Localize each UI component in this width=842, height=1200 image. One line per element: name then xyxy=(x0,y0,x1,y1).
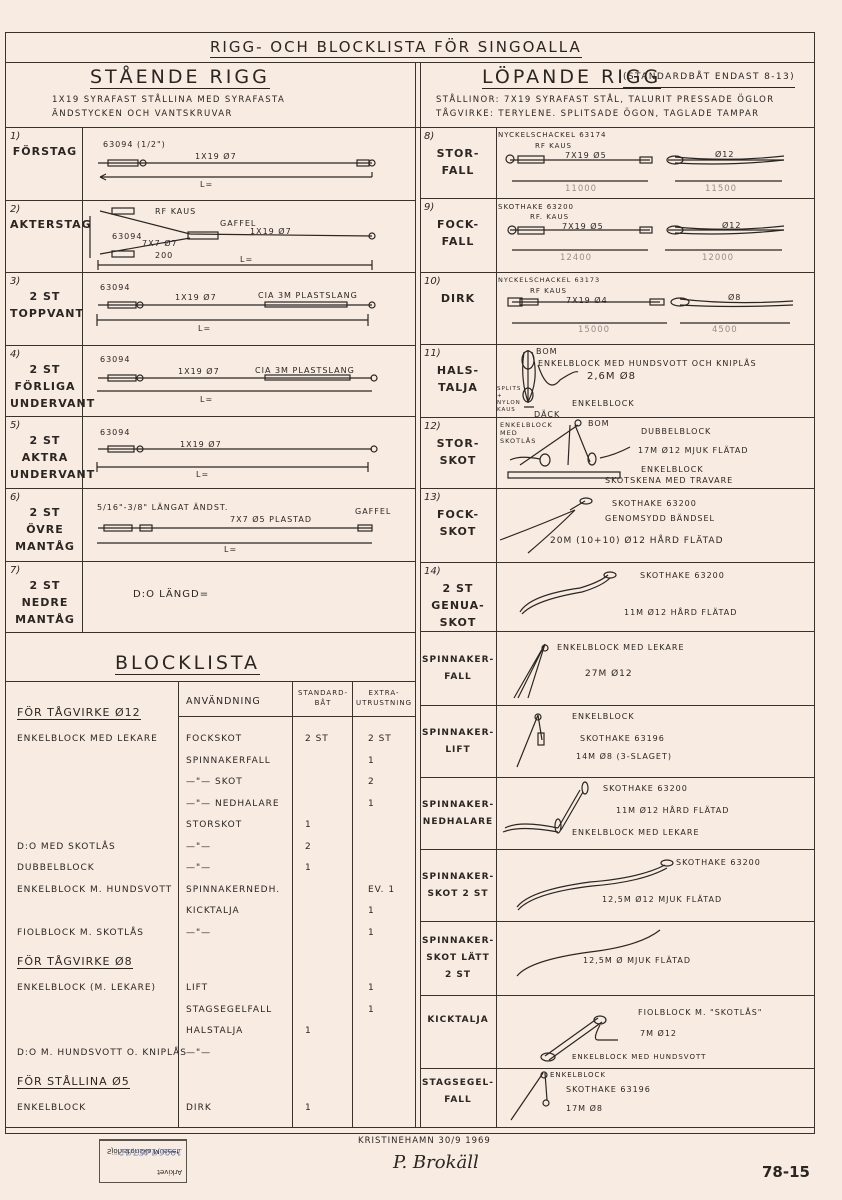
block-standard: 1 xyxy=(305,820,312,830)
length-label: L= xyxy=(224,545,237,554)
block-extra: 1 xyxy=(368,799,375,809)
column-header-extra: Extra-utrustning xyxy=(354,688,414,708)
block-extra: 1 xyxy=(368,756,375,766)
note: Nyckelschackel 63173 xyxy=(498,276,600,284)
note: 7m Ø12 xyxy=(640,1029,677,1038)
archive-stamp: Sjöhistoriska Museet Arkivet 1996/1457/1… xyxy=(99,1139,187,1183)
note: Skothake 63200 xyxy=(612,499,697,508)
note: Skothake 63200 xyxy=(603,784,688,793)
block-extra: Ev. 1 xyxy=(368,885,395,895)
note: 27m Ø12 xyxy=(585,669,633,679)
note: 1x19 Ø7 xyxy=(195,152,237,161)
note: 20m (10+10) Ø12 hård flätad xyxy=(550,536,724,546)
note: Enkelblock xyxy=(550,1071,606,1079)
block-name: Enkelblock m. hundsvott xyxy=(17,885,172,895)
note: Enkelblock med lekare xyxy=(557,643,685,652)
block-extra: 2 st xyxy=(368,734,392,744)
note: Bom xyxy=(588,419,610,428)
note: 63094 xyxy=(100,428,130,437)
block-group-heading: För tågvirke Ø8 xyxy=(17,955,133,969)
block-name: Enkelblock xyxy=(17,1103,86,1113)
note: Enkelblock xyxy=(572,712,635,721)
note: RF kaus xyxy=(535,142,572,150)
block-extra: 2 xyxy=(368,777,375,787)
note: Enkelblock med hundsvott xyxy=(572,1053,706,1061)
note: 63094 xyxy=(100,283,130,292)
block-use: Spinnakernedh. xyxy=(186,885,280,895)
note: Gaffel xyxy=(355,507,391,516)
dimension: 15000 xyxy=(578,325,610,335)
note: Dubbelblock xyxy=(641,427,711,436)
signature: P. Brokäll xyxy=(393,1152,479,1173)
block-use: —"— nedhalare xyxy=(186,799,280,809)
note: 2,6m Ø8 xyxy=(587,371,636,382)
block-standard: 2 st xyxy=(305,734,329,744)
block-name: D:o med skotlås xyxy=(17,842,116,852)
block-group-heading: För tågvirke Ø12 xyxy=(17,706,141,720)
block-group-heading: För stållina Ø5 xyxy=(17,1075,130,1089)
note: Enkelblock xyxy=(572,399,635,408)
note: 17m Ø12 mjuk flätad xyxy=(638,446,749,455)
note: 7x7 Ø7 xyxy=(142,239,178,248)
block-extra: 1 xyxy=(368,906,375,916)
note: 14m Ø8 (3-slaget) xyxy=(576,752,672,761)
stamp-archive-label: Arkivet xyxy=(157,1168,182,1176)
block-extra: 1 xyxy=(368,928,375,938)
note: 11m Ø12 hård flätad xyxy=(616,806,729,815)
block-extra: 1 xyxy=(368,983,375,993)
block-use: Stagsegelfall xyxy=(186,1005,272,1015)
note: Bom xyxy=(536,347,558,356)
note: Nyckelschackel 63174 xyxy=(498,131,606,139)
block-use: Lift xyxy=(186,983,208,993)
block-use: —"— skot xyxy=(186,777,243,787)
column-header-standard: Standard-båt xyxy=(295,688,351,708)
length-label: L= xyxy=(240,255,253,264)
note: Genomsydd bändsel xyxy=(605,514,715,523)
note: 7x19 Ø4 xyxy=(566,296,608,305)
note: 7x7 Ø5 plastad xyxy=(230,515,312,524)
rigging-sketches xyxy=(0,0,842,1200)
dimension: 4500 xyxy=(712,325,738,335)
block-standard: 2 xyxy=(305,842,312,852)
note: 200 xyxy=(155,251,173,260)
note: Skothake 63200 xyxy=(498,203,574,211)
block-use: —"— xyxy=(186,1048,211,1058)
note: cia 3m plastslang xyxy=(258,291,358,300)
block-use: Storskot xyxy=(186,820,242,830)
note: Skothake 63196 xyxy=(566,1085,651,1094)
note: Ø12 xyxy=(715,150,734,159)
note: Ø8 xyxy=(728,293,741,302)
note: Skothake 63196 xyxy=(580,734,665,743)
note: 63094 xyxy=(100,355,130,364)
block-use: —"— xyxy=(186,842,211,852)
column-header-use: Användning xyxy=(186,696,261,707)
block-use: Dirk xyxy=(186,1103,212,1113)
note: RF kaus xyxy=(530,287,567,295)
block-name: Fiolblock m. skotlås xyxy=(17,928,144,938)
length-label: L= xyxy=(196,470,209,479)
block-name: D:o m. hundsvott o. kniplås xyxy=(17,1048,187,1058)
note: Skotskena med travare xyxy=(605,476,733,485)
note: 17m Ø8 xyxy=(566,1104,603,1113)
note: cia 3m plastslang xyxy=(255,366,355,375)
note: RF kaus xyxy=(155,207,196,216)
note: 11m Ø12 hård flätad xyxy=(624,608,737,617)
note: 63094 (1/2") xyxy=(103,140,166,149)
block-use: Spinnakerfall xyxy=(186,756,271,766)
note: 5/16"-3/8" längat ändst. xyxy=(97,503,228,512)
note: 7x19 Ø5 xyxy=(565,151,607,160)
note: 1x19 Ø7 xyxy=(250,227,292,236)
stamp-archive-number: 1996/1457/12 xyxy=(119,1146,182,1156)
block-list-heading: Blocklista xyxy=(115,652,260,675)
length-label: L= xyxy=(200,180,213,189)
note: Däck xyxy=(534,410,560,419)
block-name: Enkelblock med lekare xyxy=(17,734,158,744)
block-extra: 1 xyxy=(368,1005,375,1015)
block-standard: 1 xyxy=(305,1026,312,1036)
note: 12,5m Ø mjuk flätad xyxy=(583,956,691,965)
note: Enkelblock xyxy=(641,465,704,474)
block-name: Dubbelblock xyxy=(17,863,95,873)
note: Skothake 63200 xyxy=(640,571,725,580)
dimension: 11500 xyxy=(705,184,737,194)
note: 1x19 Ø7 xyxy=(178,367,220,376)
block-use: Fockskot xyxy=(186,734,242,744)
place-date: Kristinehamn 30/9 1969 xyxy=(358,1136,491,1146)
note: D:o längd= xyxy=(133,589,209,600)
dimension: 11000 xyxy=(565,184,597,194)
note: RF. kaus xyxy=(530,213,569,221)
block-use: Kicktalja xyxy=(186,906,240,916)
note: 12,5m Ø12 mjuk flätad xyxy=(602,895,722,904)
dimension: 12000 xyxy=(702,253,734,263)
note: Enkelblock med skotlås xyxy=(500,421,540,445)
note: Enkelblock med lekare xyxy=(572,828,700,837)
note: Fiolblock m. "skotlås" xyxy=(638,1008,762,1017)
note: 1x19 Ø7 xyxy=(175,293,217,302)
length-label: L= xyxy=(200,395,213,404)
note: 7x19 Ø5 xyxy=(562,222,604,231)
page-code: 78-15 xyxy=(762,1163,810,1181)
note: 1x19 Ø7 xyxy=(180,440,222,449)
note: Splits + nylon kaus xyxy=(497,386,521,414)
block-use: —"— xyxy=(186,863,211,873)
note: 63094 xyxy=(112,232,142,241)
note: Skothake 63200 xyxy=(676,858,761,867)
block-name: Enkelblock (m. lekare) xyxy=(17,983,156,993)
note: Ø12 xyxy=(722,221,741,230)
note: Enkelblock med hundsvott och kniplås xyxy=(538,359,757,368)
dimension: 12400 xyxy=(560,253,592,263)
block-use: —"— xyxy=(186,928,211,938)
block-use: Halstalja xyxy=(186,1026,243,1036)
block-standard: 1 xyxy=(305,863,312,873)
block-standard: 1 xyxy=(305,1103,312,1113)
length-label: L= xyxy=(198,324,211,333)
